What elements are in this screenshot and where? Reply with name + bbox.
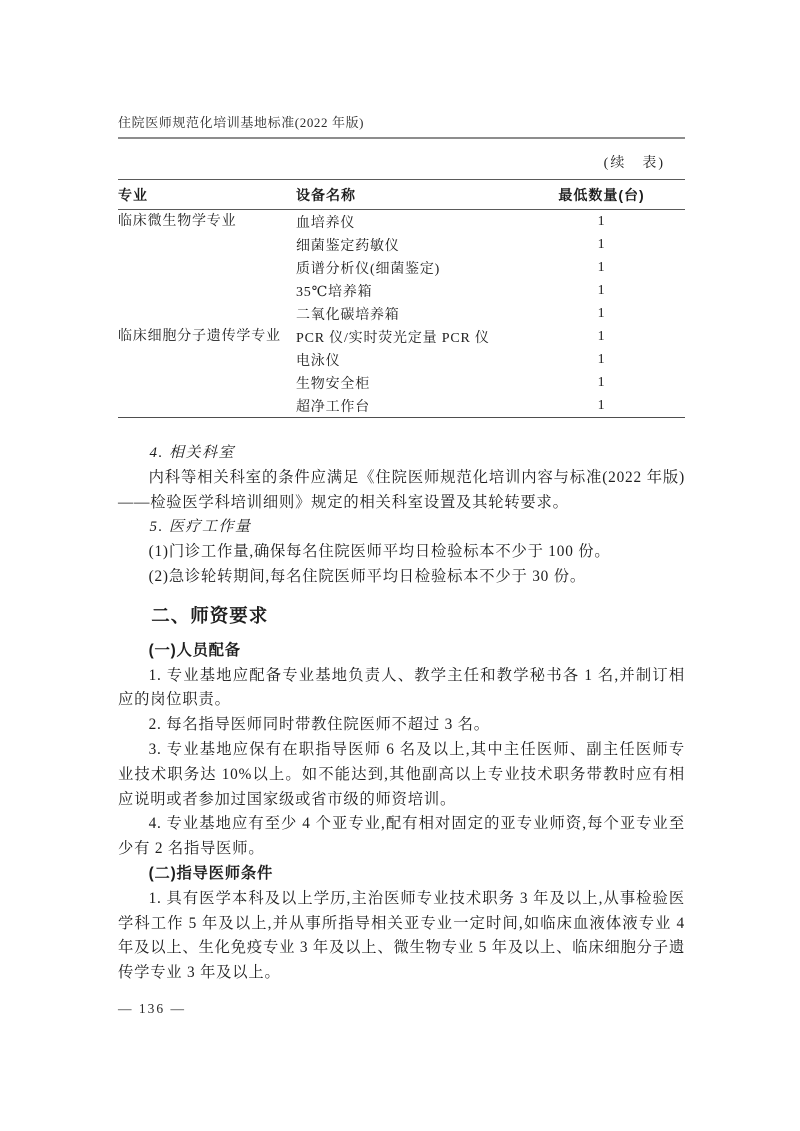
body: 1. 专业基地应配备专业基地负责人、教学主任和教学秘书各 1 名,并制订相应的岗…	[118, 664, 685, 714]
kai-item: 4. 相关科室	[118, 441, 685, 466]
body: 内科等相关科室的条件应满足《住院医师规范化培训内容与标准(2022 年版)——检…	[118, 466, 685, 516]
body: 4. 专业基地应有至少 4 个亚专业,配有相对固定的亚专业师资,每个亚专业至少有…	[118, 812, 685, 862]
sub-heading: (二)指导医师条件	[118, 862, 685, 887]
column-header-min-quantity: 最低数量(台)	[518, 180, 685, 210]
body: (1)门诊工作量,确保每名住院医师平均日检验标本不少于 100 份。	[118, 540, 685, 565]
page-footer: — 136 —	[118, 1001, 685, 1017]
min-quantity-cell: 1	[518, 394, 685, 418]
running-header: 住院医师规范化培训基地标准(2022 年版)	[118, 112, 685, 139]
device-name-cell: 电泳仪	[296, 348, 518, 371]
page-number: — 136 —	[118, 1001, 186, 1016]
table-row: 临床微生物学专业血培养仪1	[118, 210, 685, 234]
device-name-cell: 细菌鉴定药敏仪	[296, 233, 518, 256]
document-body: 4. 相关科室内科等相关科室的条件应满足《住院医师规范化培训内容与标准(2022…	[118, 441, 685, 986]
device-name-cell: PCR 仪/实时荧光定量 PCR 仪	[296, 325, 518, 348]
min-quantity-cell: 1	[518, 348, 685, 371]
min-quantity-cell: 1	[518, 256, 685, 279]
device-name-cell: 二氧化碳培养箱	[296, 302, 518, 325]
table-row: 临床细胞分子遗传学专业PCR 仪/实时荧光定量 PCR 仪1	[118, 325, 685, 348]
table-header-row: 专业 设备名称 最低数量(台)	[118, 180, 685, 210]
min-quantity-cell: 1	[518, 371, 685, 394]
device-name-cell: 超净工作台	[296, 394, 518, 418]
device-name-cell: 质谱分析仪(细菌鉴定)	[296, 256, 518, 279]
min-quantity-cell: 1	[518, 233, 685, 256]
min-quantity-cell: 1	[518, 210, 685, 234]
device-name-cell: 生物安全柜	[296, 371, 518, 394]
equipment-table-header: 专业 设备名称 最低数量(台)	[118, 180, 685, 210]
min-quantity-cell: 1	[518, 302, 685, 325]
column-header-specialty: 专业	[118, 180, 296, 210]
device-name-cell: 血培养仪	[296, 210, 518, 234]
body: 3. 专业基地应保有在职指导医师 6 名及以上,其中主任医师、副主任医师专业技术…	[118, 738, 685, 812]
running-header-title: 住院医师规范化培训基地标准(2022 年版)	[118, 115, 364, 130]
specialty-cell: 临床细胞分子遗传学专业	[118, 325, 296, 418]
continuation-label-text: (续 表)	[604, 156, 665, 171]
table-continuation-label: (续 表)	[118, 152, 685, 172]
sub-heading: (一)人员配备	[118, 639, 685, 664]
body: (2)急诊轮转期间,每名住院医师平均日检验标本不少于 30 份。	[118, 565, 685, 590]
body: 1. 具有医学本科及以上学历,主治医师专业技术职务 3 年及以上,从事检验医学科…	[118, 887, 685, 986]
equipment-table-body: 临床微生物学专业血培养仪1细菌鉴定药敏仪1质谱分析仪(细菌鉴定)135℃培养箱1…	[118, 210, 685, 418]
min-quantity-cell: 1	[518, 279, 685, 302]
document-page: 住院医师规范化培训基地标准(2022 年版) (续 表) 专业 设备名称 最低数…	[118, 112, 685, 1017]
section-heading: 二、师资要求	[118, 603, 685, 629]
column-header-device-name: 设备名称	[296, 180, 518, 210]
min-quantity-cell: 1	[518, 325, 685, 348]
device-name-cell: 35℃培养箱	[296, 279, 518, 302]
body: 2. 每名指导医师同时带教住院医师不超过 3 名。	[118, 713, 685, 738]
equipment-table: 专业 设备名称 最低数量(台) 临床微生物学专业血培养仪1细菌鉴定药敏仪1质谱分…	[118, 179, 685, 418]
specialty-cell: 临床微生物学专业	[118, 210, 296, 326]
kai-item: 5. 医疗工作量	[118, 515, 685, 540]
